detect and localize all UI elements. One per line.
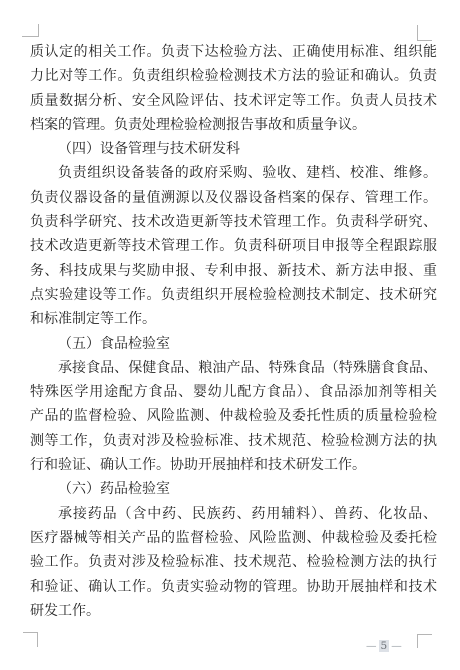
text-line: 测等工作，负责对涉及检验标准、技术规范、检验检测方法的执 — [30, 429, 437, 453]
text-line: 负责组织设备装备的政府采购、验收、建档、校准、维修。 — [30, 161, 437, 185]
text-line: 质量数据分析、安全风险评估、技术评定等工作。负责人员技术 — [30, 89, 437, 113]
text-line: 验工作。负责对涉及检验标准、技术规范、检验检测方法的执行 — [30, 550, 437, 574]
document-page: 质认定的相关工作。负责下达检验方法、正确使用标准、组织能力比对等工作。负责组织检… — [0, 0, 460, 670]
text-line: 承接食品、保健食品、粮油产品、特殊食品（特殊膳食食品、 — [30, 356, 437, 380]
text-line: 特殊医学用途配方食品、婴幼儿配方食品）、食品添加剂等相关 — [30, 380, 437, 404]
text-line: 力比对等工作。负责组织检验检测技术方法的验证和确认。负责 — [30, 64, 437, 88]
section-heading: （六）药品检验室 — [30, 477, 437, 501]
page-number: — 5 — — [366, 640, 402, 652]
page-number-dash-left: — — [366, 640, 377, 652]
text-line: 质认定的相关工作。负责下达检验方法、正确使用标准、组织能 — [30, 40, 437, 64]
text-line: 承接药品（含中药、民族药、药用辅料）、兽药、化妆品、 — [30, 502, 437, 526]
text-line: 档案的管理。负责处理检验检测报告事故和质量争议。 — [30, 113, 437, 137]
document-body: 质认定的相关工作。负责下达检验方法、正确使用标准、组织能力比对等工作。负责组织检… — [30, 40, 437, 623]
page-number-value: 5 — [379, 640, 390, 652]
text-line: 医疗器械等相关产品的监督检验、风险监测、仲裁检验及委托检 — [30, 526, 437, 550]
section-heading: （五）食品检验室 — [30, 332, 437, 356]
text-line: 务、科技成果与奖励申报、专利申报、新技术、新方法申报、重 — [30, 259, 437, 283]
text-line: 技术改造更新等技术管理工作。负责科研项目申报等全程跟踪服 — [30, 234, 437, 258]
crop-mark-top-right-icon — [417, 25, 432, 41]
section-heading: （四）设备管理与技术研发科 — [30, 137, 437, 161]
crop-mark-bottom-left-icon — [23, 632, 38, 647]
text-line: 产品的监督检验、风险监测、仲裁检验及委托性质的质量检验检 — [30, 404, 437, 428]
text-line: 负责科学研究、技术改造更新等技术管理工作。负责科学研究、 — [30, 210, 437, 234]
text-line: 和验证、确认工作。负责实验动物的管理。协助开展抽样和技术 — [30, 575, 437, 599]
text-line: 行和验证、确认工作。协助开展抽样和技术研发工作。 — [30, 453, 437, 477]
text-line: 和标准制定等工作。 — [30, 307, 437, 331]
page-number-dash-right: — — [391, 640, 402, 652]
crop-mark-bottom-right-icon — [417, 634, 432, 648]
crop-mark-top-left-icon — [22, 24, 39, 37]
text-line: 点实验建设等工作。负责组织开展检验检测技术制定、技术研究 — [30, 283, 437, 307]
text-line: 负责仪器设备的量值溯源以及仪器设备档案的保存、管理工作。 — [30, 186, 437, 210]
text-line: 研发工作。 — [30, 599, 437, 623]
